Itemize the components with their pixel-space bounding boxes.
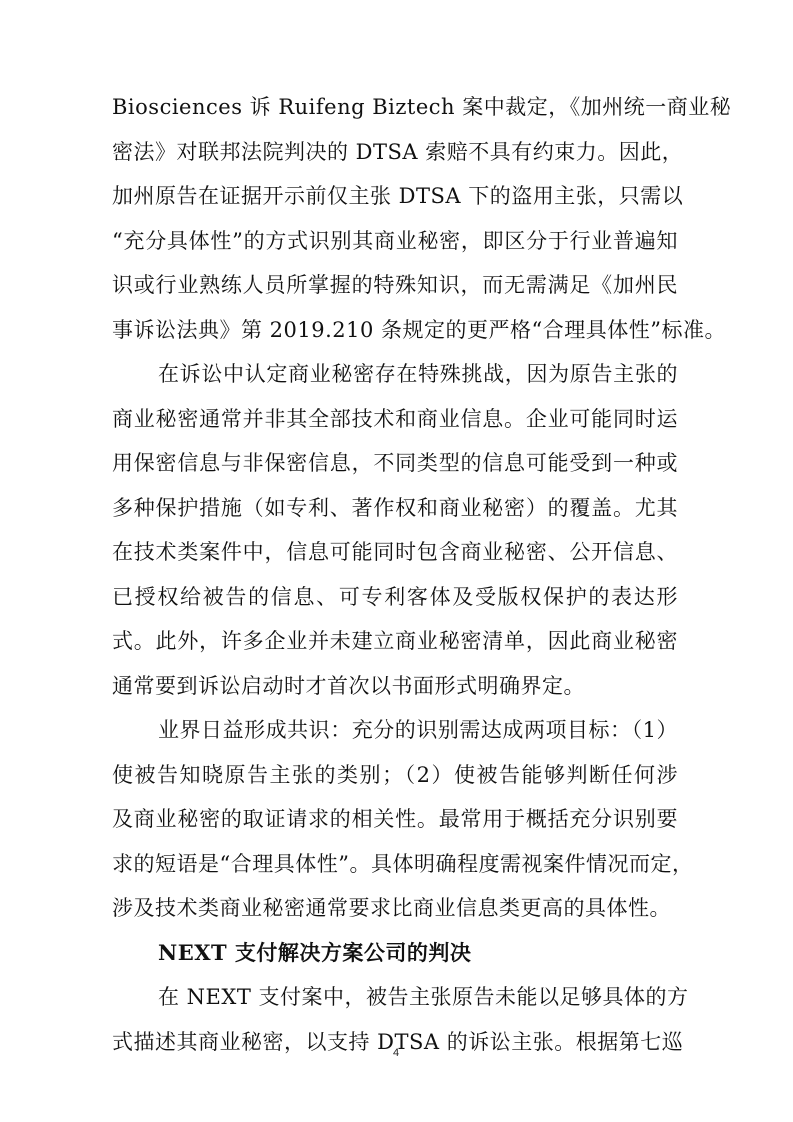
body-line: “充分具体性”的方式识别其商业秘密，即区分于行业普遍知	[112, 226, 678, 256]
body-line: 式。此外，许多企业并未建立商业秘密清单，因此商业秘密	[112, 626, 678, 656]
body-line: 及商业秘密的取证请求的相关性。最常用于概括充分识别要	[112, 804, 678, 834]
body-line: 加州原告在证据开示前仅主张 DTSA 下的盗用主张，只需以	[112, 181, 678, 211]
body-line: 已授权给被告的信息、可专利客体及受版权保护的表达形	[112, 582, 678, 612]
body-line: 事诉讼法典》第 2019.210 条规定的更严格“合理具体性”标准。	[112, 315, 678, 345]
body-line: 密法》对联邦法院判决的 DTSA 索赔不具有约束力。因此，	[112, 137, 678, 167]
section-heading: NEXT 支付解决方案公司的判决	[158, 938, 678, 968]
body-line: 在 NEXT 支付案中，被告主张原告未能以足够具体的方	[158, 982, 678, 1012]
body-line: 业界日益形成共识：充分的识别需达成两项目标：（1）	[158, 715, 678, 745]
body-line: 用保密信息与非保密信息，不同类型的信息可能受到一种或	[112, 448, 678, 478]
body-line: 识或行业熟练人员所掌握的特殊知识，而无需满足《加州民	[112, 270, 678, 300]
body-line: 多种保护措施（如专利、著作权和商业秘密）的覆盖。尤其	[112, 493, 678, 523]
body-line: 在技术类案件中，信息可能同时包含商业秘密、公开信息、	[112, 537, 678, 567]
body-line: Biosciences 诉 Ruifeng Biztech 案中裁定，《加州统一…	[112, 92, 678, 122]
body-line: 式描述其商业秘密，以支持 DTSA 的诉讼主张。根据第七巡	[112, 1027, 678, 1057]
body-line: 使被告知晓原告主张的类别；（2）使被告能够判断任何涉	[112, 760, 678, 790]
body-line: 通常要到诉讼启动时才首次以书面形式明确界定。	[112, 671, 678, 701]
body-line: 商业秘密通常并非其全部技术和商业信息。企业可能同时运	[112, 404, 678, 434]
body-line: 在诉讼中认定商业秘密存在特殊挑战，因为原告主张的	[158, 359, 678, 389]
document-page: Biosciences 诉 Ruifeng Biztech 案中裁定，《加州统一…	[0, 0, 793, 1122]
body-line: 涉及技术类商业秘密通常要求比商业信息类更高的具体性。	[112, 893, 678, 923]
body-line: 求的短语是“合理具体性”。具体明确程度需视案件情况而定，	[112, 849, 678, 879]
